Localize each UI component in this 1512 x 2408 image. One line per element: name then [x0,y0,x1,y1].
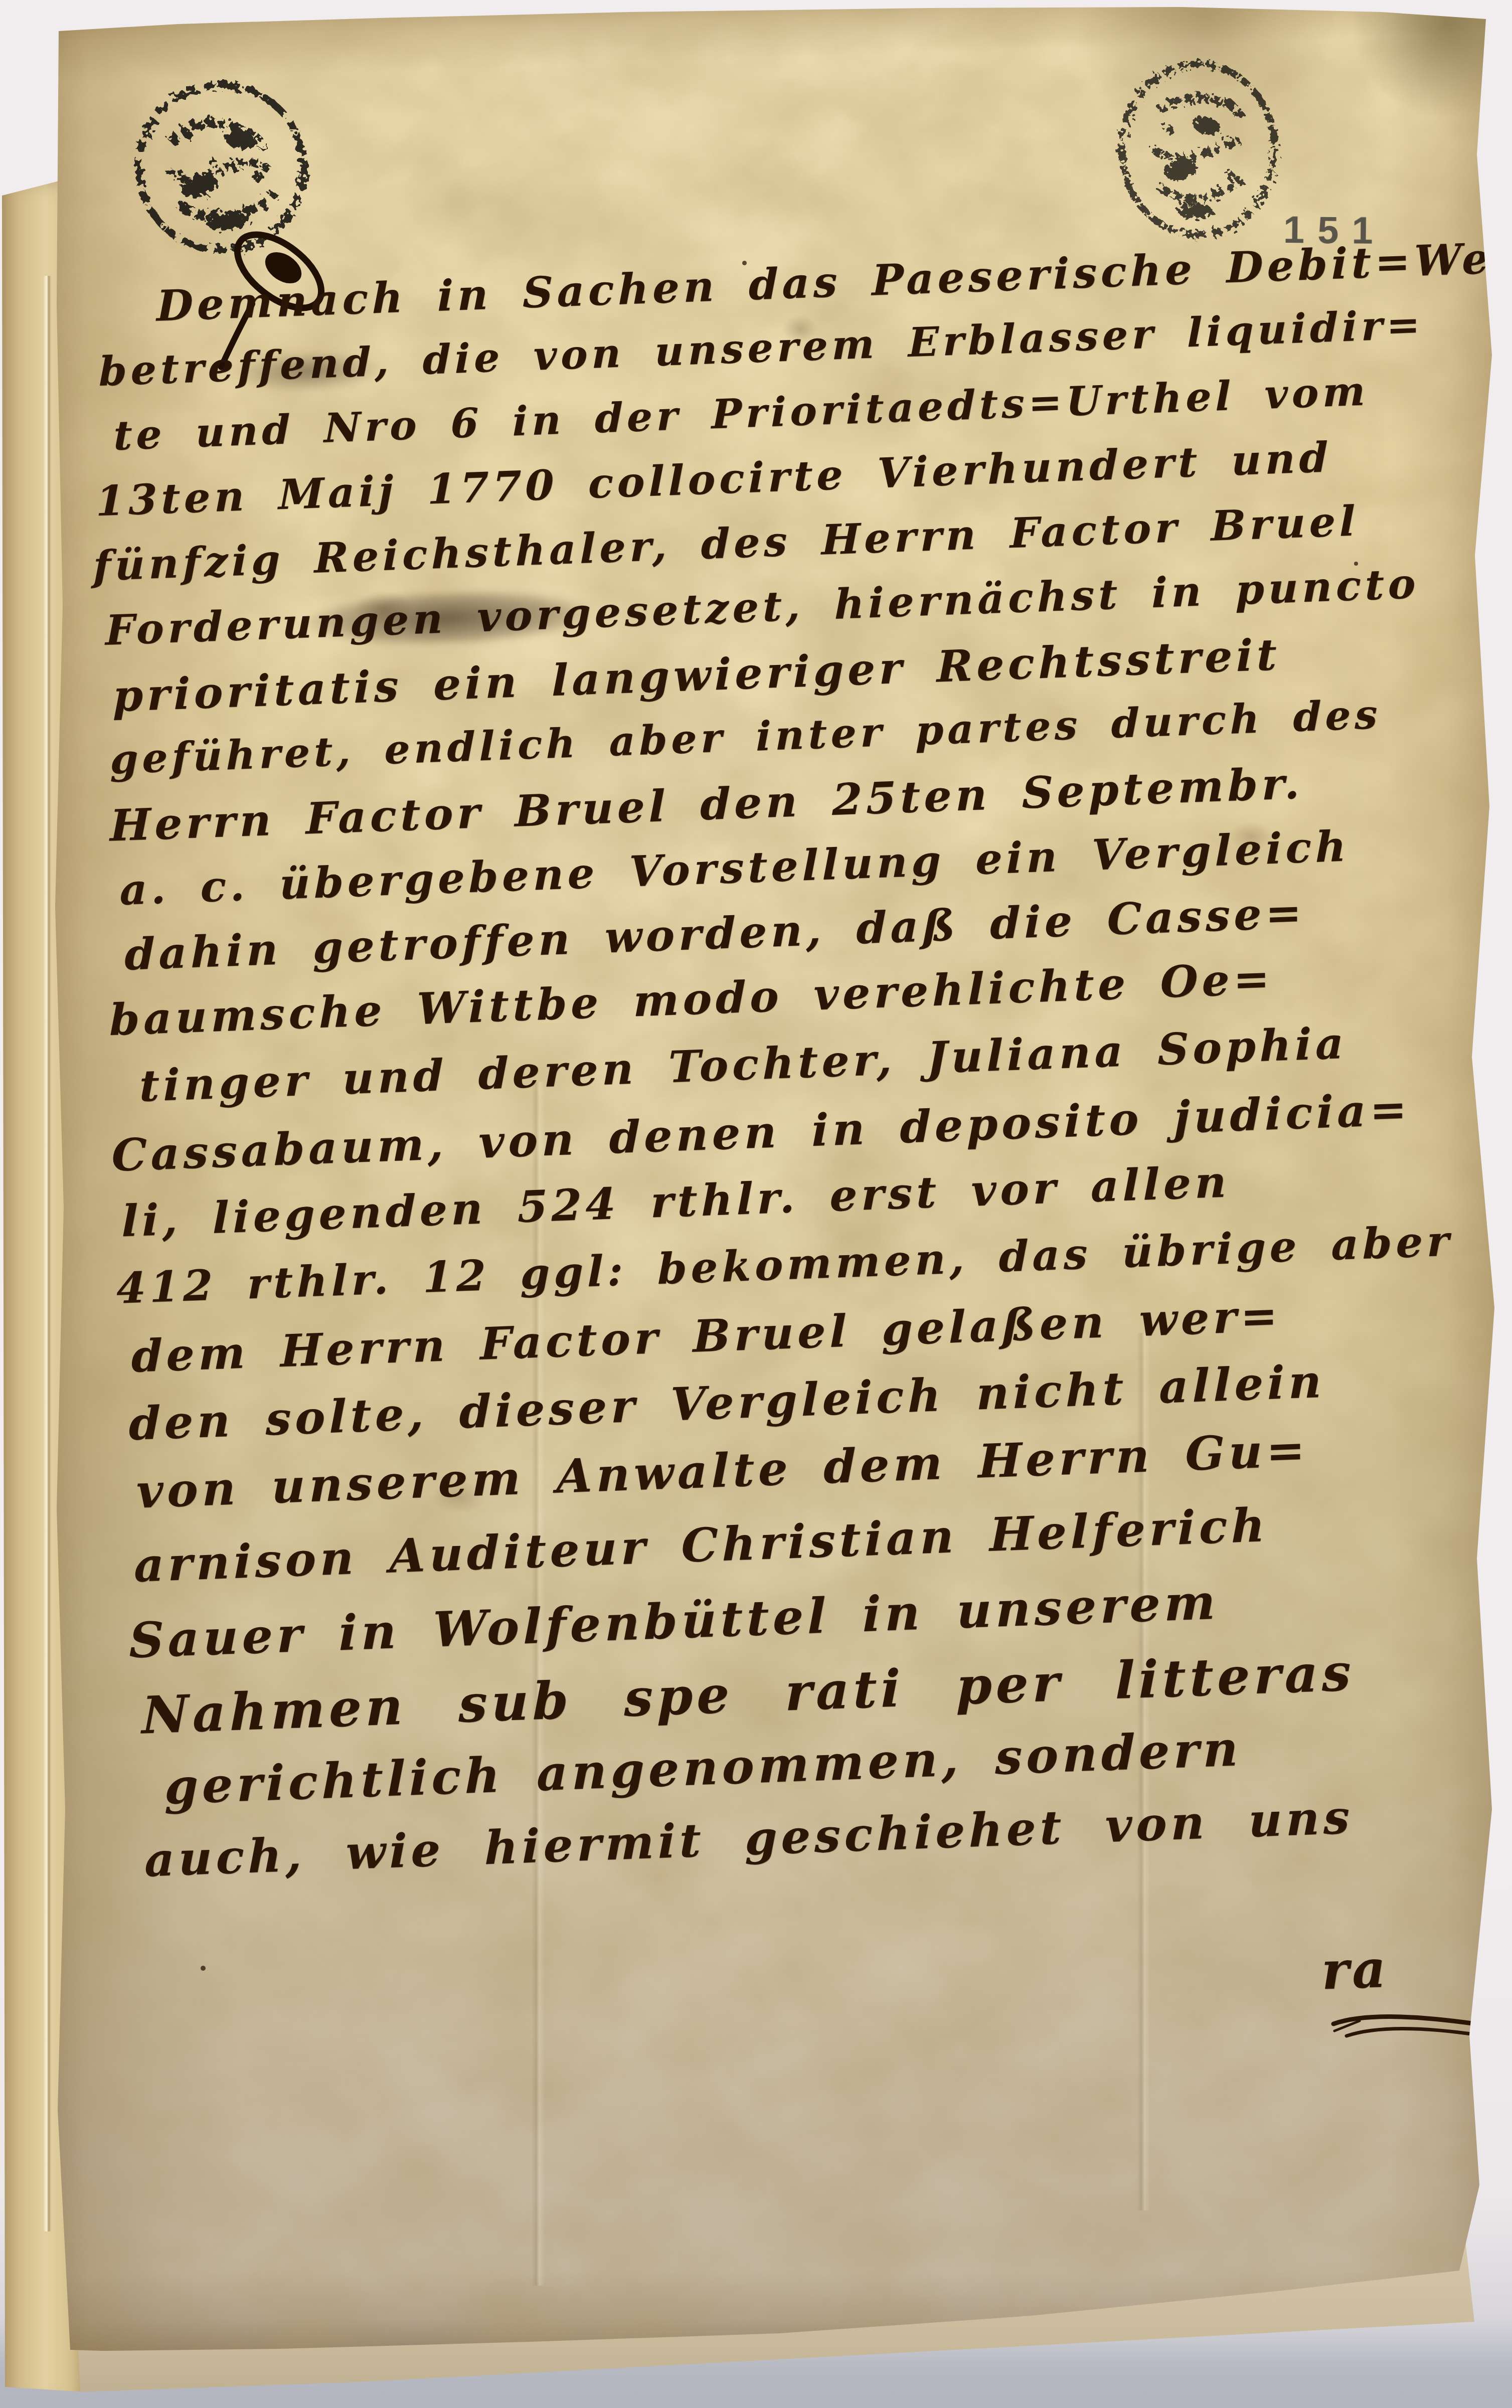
manuscript-text-block: Demnach in Sachen das Paeserische Debit=… [80,234,1512,1907]
ink-speck [201,1966,206,1971]
catchword-underline-flourish [1329,2009,1480,2049]
paper-crease [43,276,51,2231]
scanned-manuscript-screenshot: { "page": { "folio_number": "151", "catc… [0,0,1512,2408]
round-ink-stamp-icon [1110,50,1286,249]
manuscript-page: 151 Demnach in Sachen das Paeserische De… [28,4,1494,2356]
catchword: ra [1320,1938,1390,2002]
